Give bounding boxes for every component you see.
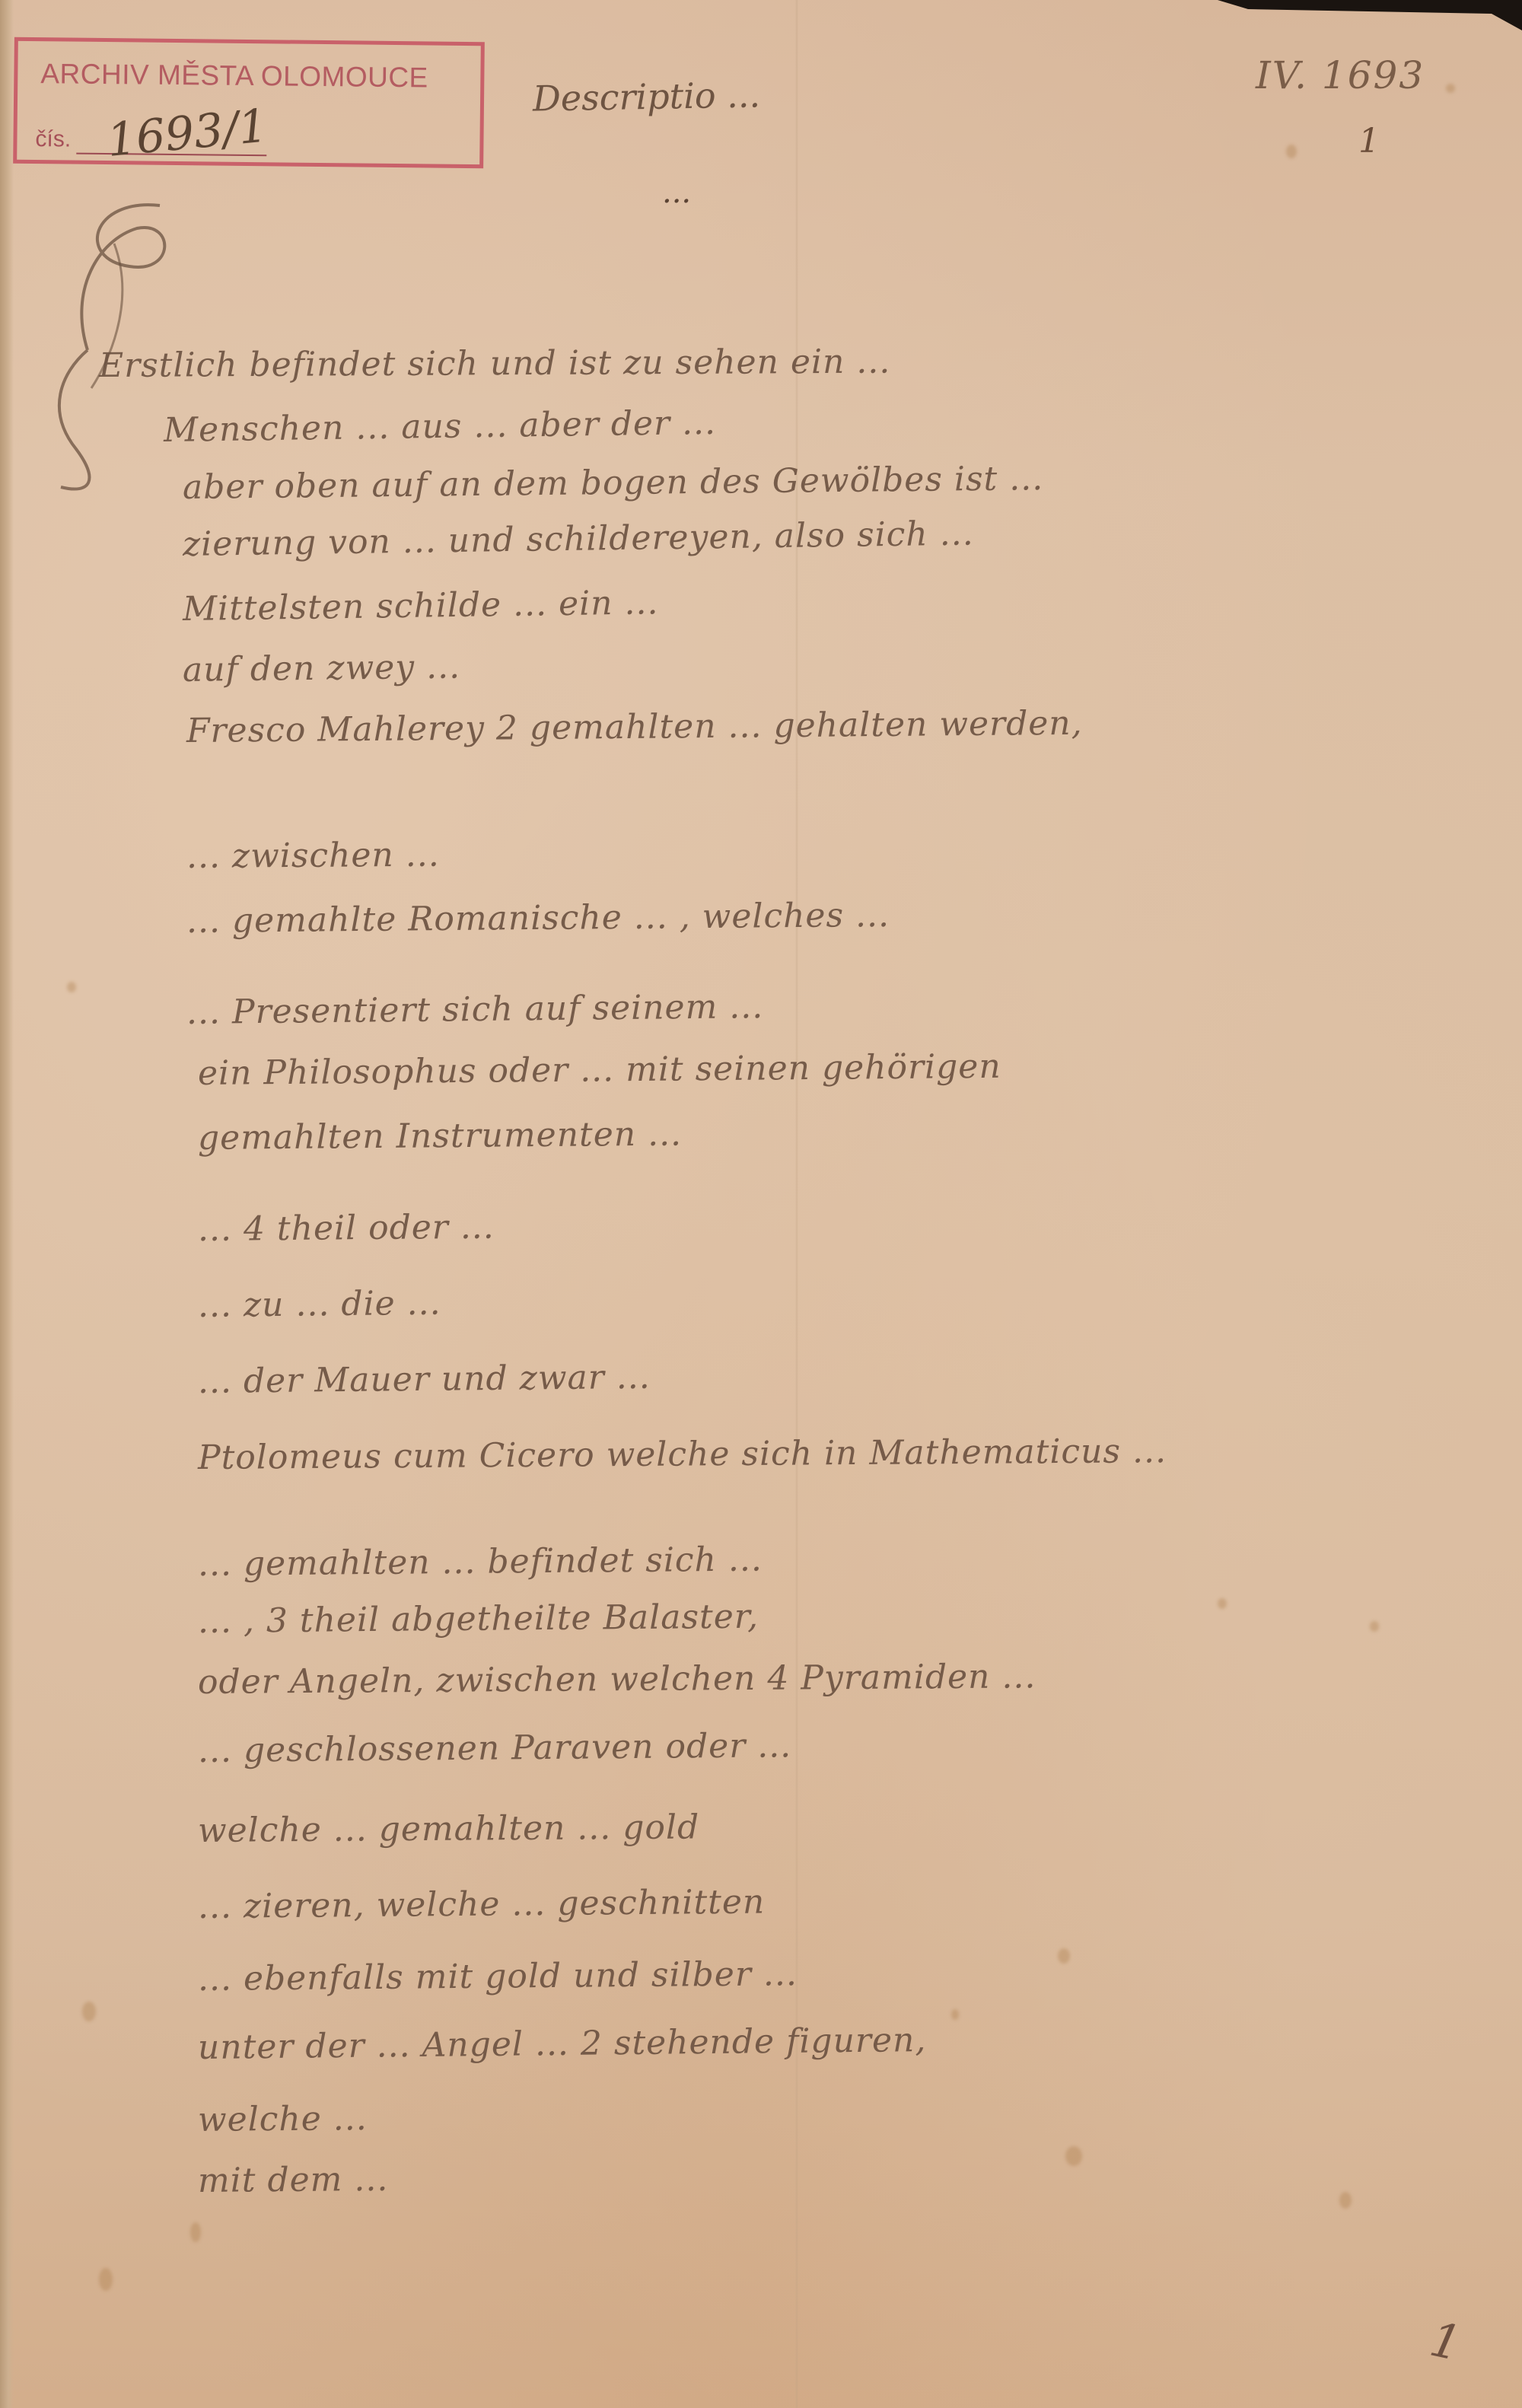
manuscript-line: oder Angeln, zwischen welchen 4 Pyramide… [198, 1657, 1036, 1702]
manuscript-line: welche ... [198, 2099, 368, 2139]
manuscript-line: Fresco Mahlerey 2 gemahlten ... gehalten… [186, 704, 1083, 750]
manuscript-line: ... zieren, welche ... geschnitten [198, 1882, 766, 1926]
manuscript-line: auf den zwey ... [183, 648, 461, 690]
manuscript-line: ... , 3 theil abgetheilte Balaster, [198, 1597, 759, 1641]
manuscript-line: ... zu ... die ... [198, 1284, 441, 1325]
manuscript-line: unter der ... Angel ... 2 stehende figur… [198, 2021, 927, 2067]
manuscript-line: aber oben auf an dem bogen des Gewölbes … [183, 459, 1044, 507]
manuscript-line: ... ebenfalls mit gold und silber ... [198, 1954, 798, 1999]
manuscript-line: Menschen ... aus ... aber der ... [164, 403, 717, 450]
manuscript-line: Erstlich befindet sich und ist zu sehen … [99, 342, 891, 385]
manuscript-line: mit dem ... [198, 2160, 389, 2200]
manuscript-line: ... der Mauer und zwar ... [198, 1358, 651, 1401]
manuscript-line: ... zwischen ... [186, 836, 440, 876]
manuscript-line: ... Presentiert sich auf seinem ... [186, 987, 764, 1032]
manuscript-line: Mittelsten schilde ... ein ... [183, 583, 659, 629]
manuscript-page: ARCHIV MĚSTA OLOMOUCE čís. 1693/1 IV. 16… [0, 0, 1522, 2408]
manuscript-line: welche ... gemahlten ... gold [198, 1808, 700, 1850]
manuscript-line: zierung von ... und schildereyen, also s… [183, 514, 974, 564]
manuscript-line: ... geschlossenen Paraven oder ... [198, 1726, 792, 1770]
manuscript-line: ein Philosophus oder ... mit seinen gehö… [198, 1047, 1001, 1093]
manuscript-line: ... gemahlte Romanische ... , welches ..… [186, 896, 890, 941]
manuscript-line: ... gemahlten ... befindet sich ... [198, 1540, 763, 1584]
manuscript-line: gemahlten Instrumenten ... [198, 1114, 682, 1158]
manuscript-body: Erstlich befindet sich und ist zu sehen … [0, 0, 1522, 2408]
manuscript-line: Ptolomeus cum Cicero welche sich in Math… [198, 1432, 1167, 1477]
manuscript-line: ... 4 theil oder ... [198, 1208, 495, 1249]
